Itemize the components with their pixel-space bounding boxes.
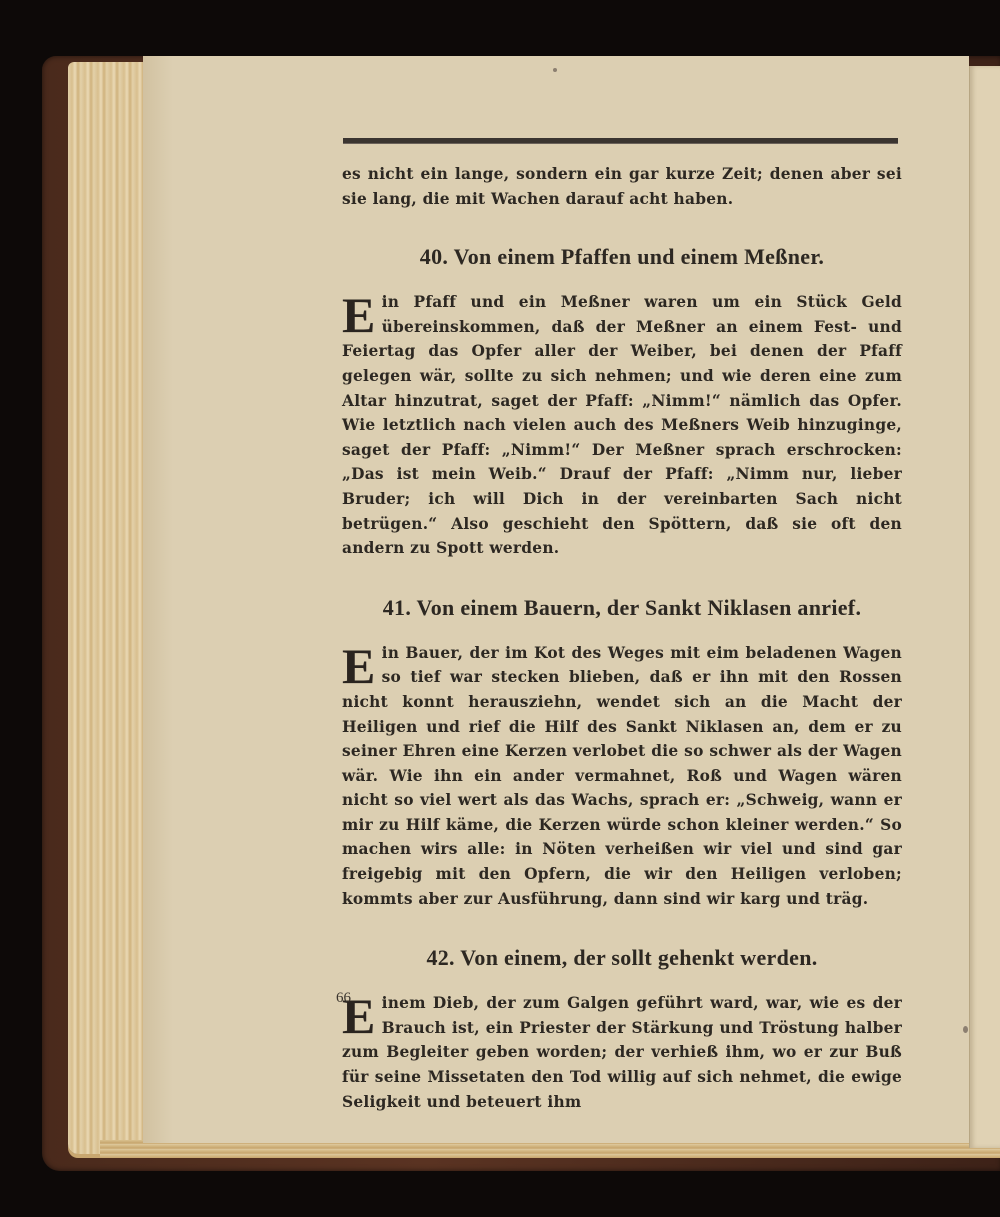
drop-cap: E (342, 644, 376, 688)
facing-page-edge (969, 66, 1000, 1148)
page-stack-edge (68, 62, 148, 1154)
section-body-42: Einem Dieb, der zum Galgen geführt ward,… (342, 991, 902, 1114)
section-body-40: Ein Pfaff und ein Meßner waren um ein St… (342, 290, 902, 561)
text-block: es nicht ein lange, sondern ein gar kurz… (342, 162, 902, 1114)
header-rule (343, 138, 898, 144)
section-heading-41: 41. Von einem Bauern, der Sankt Niklasen… (342, 595, 902, 621)
section-number: 41. (383, 595, 411, 620)
section-number: 40. (420, 244, 448, 269)
section-heading-42: 42. Von einem, der sollt gehenkt werden. (342, 945, 902, 971)
page-number: 66 (336, 990, 351, 1007)
paper-speck (553, 68, 557, 72)
section-heading-40: 40. Von einem Pfaffen und einem Meßner. (342, 244, 902, 270)
section-number: 42. (426, 945, 454, 970)
section-text: in Pfaff und ein Meßner waren um ein Stü… (342, 293, 902, 557)
continuation-paragraph: es nicht ein lange, sondern ein gar kurz… (342, 162, 902, 211)
paper-speck (963, 1026, 968, 1033)
section-text: inem Dieb, der zum Galgen geführt ward, … (342, 994, 902, 1110)
section-title: Von einem Bauern, der Sankt Niklasen anr… (417, 595, 862, 620)
section-title: Von einem, der sollt gehenkt werden. (460, 945, 817, 970)
section-text: in Bauer, der im Kot des Weges mit eim b… (342, 644, 902, 908)
section-title: Von einem Pfaffen und einem Meßner. (454, 244, 825, 269)
section-body-41: Ein Bauer, der im Kot des Weges mit eim … (342, 641, 902, 912)
drop-cap: E (342, 293, 376, 337)
